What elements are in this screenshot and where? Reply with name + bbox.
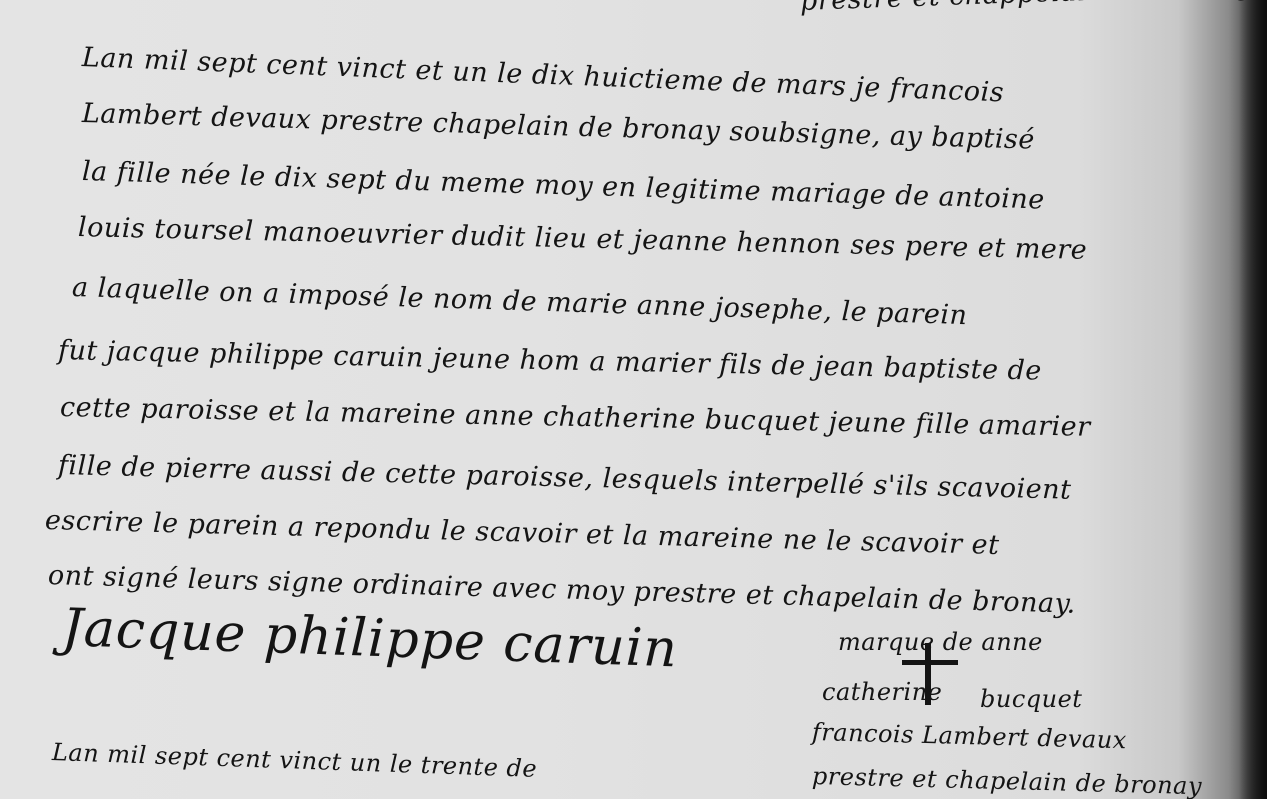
register-line-1: Lan mil sept cent vinct et un le dix hui… xyxy=(81,42,1004,108)
godmother-mark-line-3: bucquet xyxy=(980,685,1082,713)
register-line-2: Lambert devaux prestre chapelain de bron… xyxy=(82,98,1036,156)
register-line-7: cette paroisse et la mareine anne chathe… xyxy=(60,392,1091,443)
register-line-9: escrire le parein a repondu le scavoir e… xyxy=(45,505,1000,561)
register-line-3: la fille née le dix sept du meme moy en … xyxy=(82,156,1046,216)
register-line-8: fille de pierre aussi de cette paroisse,… xyxy=(58,450,1072,506)
header-fragment: prestre et chappelain de bronay xyxy=(799,0,1255,17)
priest-signature-title: prestre et chapelain de bronay xyxy=(812,762,1203,799)
godfather-signature: Jacque philippe caruin xyxy=(61,598,679,679)
cross-mark-bar xyxy=(902,660,958,665)
godmother-mark-line-1: marque de anne xyxy=(838,628,1043,656)
next-entry-fragment: Lan mil sept cent vinct un le trente de xyxy=(52,738,538,783)
register-line-6: fut jacque philippe caruin jeune hom a m… xyxy=(58,335,1042,387)
register-line-4: louis toursel manoeuvrier dudit lieu et … xyxy=(78,212,1088,266)
priest-signature-name: francois Lambert devaux xyxy=(812,718,1128,754)
manuscript-page: prestre et chappelain de bronay Lan mil … xyxy=(0,0,1267,799)
book-binding-shadow xyxy=(1239,0,1267,799)
register-line-5: a laquelle on a imposé le nom de marie a… xyxy=(72,272,968,331)
godmother-mark-line-2: catherine xyxy=(822,678,942,706)
